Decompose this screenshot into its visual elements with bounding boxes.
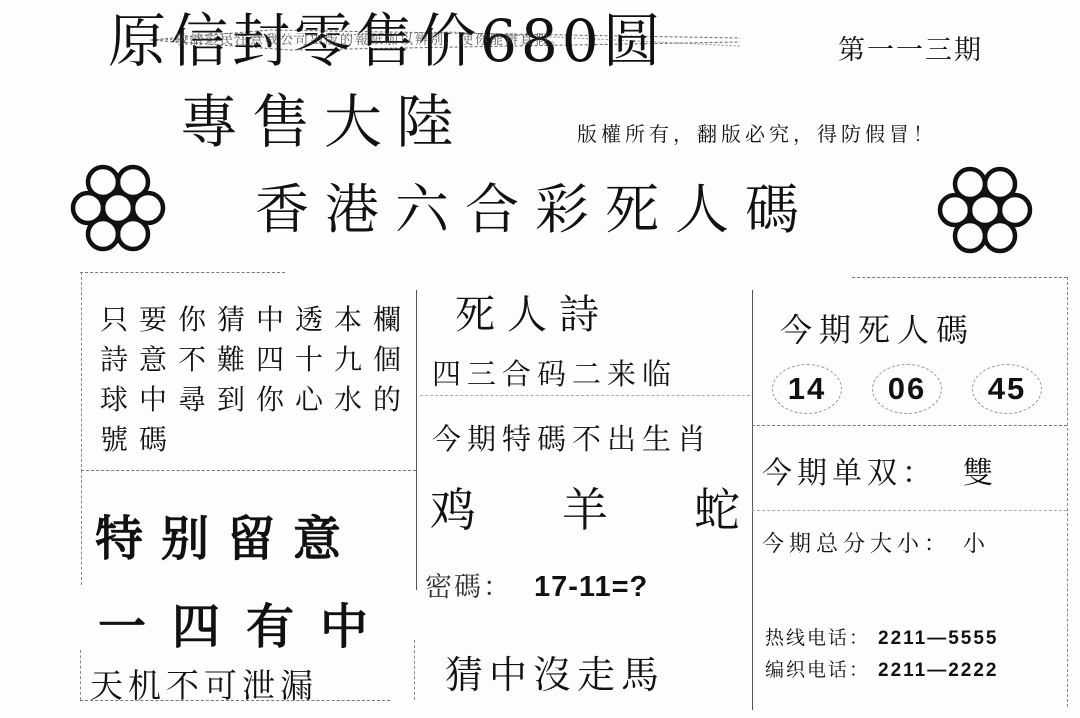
zodiac-list: 鸡 羊 蛇 <box>430 474 740 540</box>
zodiac-item: 蛇 <box>694 474 740 540</box>
not-zodiac-label: 今期特碼不出生肖 <box>432 417 712 458</box>
issue-number: 第一一三期 <box>838 28 983 67</box>
divider <box>80 650 81 700</box>
divider <box>81 470 416 471</box>
divider <box>752 425 1067 426</box>
editor-phone-row: 编织电话： 2211—2222 <box>765 655 999 682</box>
divider <box>81 470 82 585</box>
number-ball: 14 <box>772 364 842 414</box>
odd-even-value: 雙 <box>963 456 998 491</box>
divider <box>420 395 750 396</box>
code-label: 密碼： <box>425 565 512 604</box>
odd-even-label: 今期单双： <box>762 456 937 491</box>
number-ball: 06 <box>872 364 942 414</box>
divider <box>752 510 1067 511</box>
number-ball: 45 <box>972 364 1042 414</box>
hotline-label: 热线电话： <box>765 623 870 650</box>
divider <box>416 290 417 590</box>
hotline-row: 热线电话： 2211—5555 <box>765 623 999 650</box>
secret-notice: 天机不可泄漏 <box>90 660 318 707</box>
big-small-label: 今期总分大小： <box>762 532 951 557</box>
poem-line: 四三合码二来临 <box>432 352 677 393</box>
poem-instructions: 只要你猜中透本欄詩意不難四十九個球中尋到你心水的號碼 <box>100 300 415 460</box>
divider <box>80 272 285 273</box>
one-four-hit: 一四有中 <box>98 588 394 657</box>
editor-phone-label: 编织电话： <box>765 655 870 682</box>
zodiac-item: 鸡 <box>430 474 476 540</box>
divider <box>852 277 1067 278</box>
divider <box>1067 277 1068 707</box>
dead-numbers: 14 06 45 <box>772 364 1042 414</box>
guess-line: 猜中沒走馬 <box>445 644 665 699</box>
code-row: 密碼： 17-11=? <box>425 565 648 604</box>
dead-poem-title: 死人詩 <box>455 283 611 340</box>
big-small-value: 小 <box>963 532 990 557</box>
flower-icon <box>935 160 1035 260</box>
exclusive-mainland-heading: 專售大陸 <box>180 82 468 162</box>
editor-phone-number: 2211—2222 <box>878 660 999 682</box>
copyright-notice: 版權所有，翻版必究，得防假冒！ <box>577 118 937 147</box>
zodiac-item: 羊 <box>562 474 608 540</box>
anti-counterfeit-watermark: 敬請彩民注意我公司出版的報紙加以辨別，使你能辨真假。 <box>175 29 565 48</box>
odd-even-row: 今期单双：雙 <box>762 448 998 492</box>
code-value: 17-11=? <box>534 571 648 604</box>
big-small-row: 今期总分大小：小 <box>762 527 990 558</box>
flower-icon <box>68 158 168 258</box>
hotline-number: 2211—5555 <box>878 628 999 650</box>
main-title: 香港六合彩死人碼 <box>255 170 815 250</box>
special-attention: 特别留意 <box>95 500 359 569</box>
divider <box>414 640 415 700</box>
divider <box>81 272 82 472</box>
divider <box>752 290 753 710</box>
dead-code-title: 今期死人碼 <box>780 305 975 351</box>
